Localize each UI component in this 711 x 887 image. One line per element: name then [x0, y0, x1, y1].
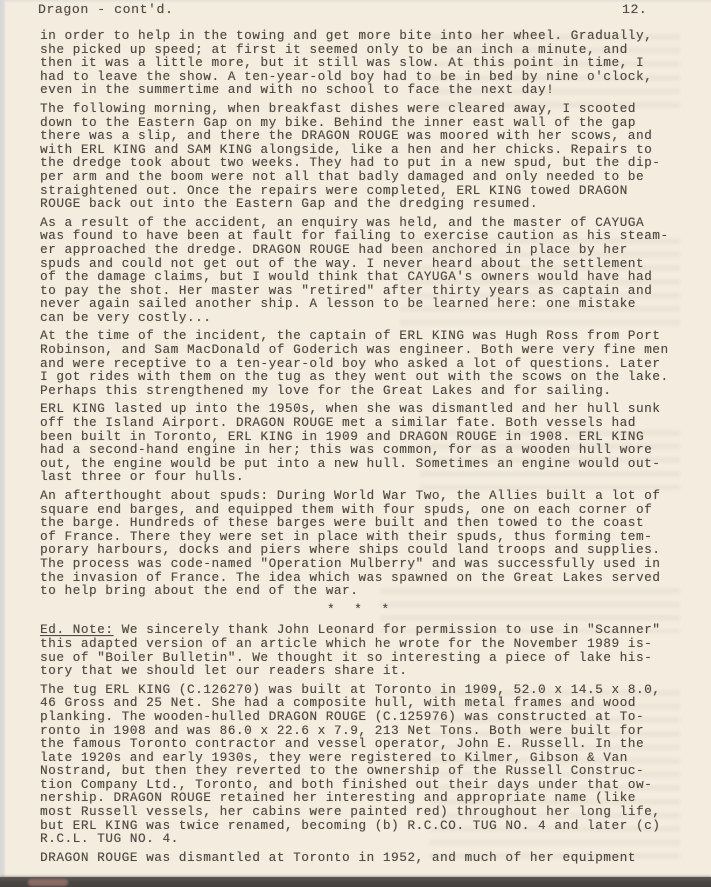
page-header: Dragon - cont'd. 12. [0, 2, 711, 20]
editor-note-paragraph: Ed. Note: We sincerely thank John Leonar… [40, 623, 682, 677]
document-body: in order to help in the towing and get m… [40, 29, 682, 869]
scan-top-edge [0, 0, 711, 3]
paragraph-towing: in order to help in the towing and get m… [40, 29, 682, 97]
page-header-title: Dragon - cont'd. [38, 2, 173, 18]
paragraph-vessel-registry: The tug ERL KING (C.126270) was built at… [40, 683, 682, 846]
page-number: 12. [622, 2, 647, 18]
paragraph-incident-captain: At the time of the incident, the captain… [40, 329, 682, 397]
paragraph-enquiry: As a result of the accident, an enquiry … [40, 216, 682, 325]
scan-bottom-band [0, 877, 711, 887]
ed-note-text: We sincerely thank John Leonard for perm… [40, 622, 660, 678]
paragraph-dismantled: DRAGON ROUGE was dismantled at Toronto i… [40, 851, 682, 865]
scan-left-edge [0, 0, 6, 887]
paragraph-afterthought-spuds: An afterthought about spuds: During Worl… [40, 489, 682, 598]
scan-smudge [28, 879, 68, 886]
section-separator: * * * [40, 603, 682, 617]
paragraph-following-morning: The following morning, when breakfast di… [40, 102, 682, 211]
scanned-document-page: Dragon - cont'd. 12. in order to help in… [0, 0, 711, 887]
paragraph-erl-king-fate: ERL KING lasted up into the 1950s, when … [40, 402, 682, 484]
